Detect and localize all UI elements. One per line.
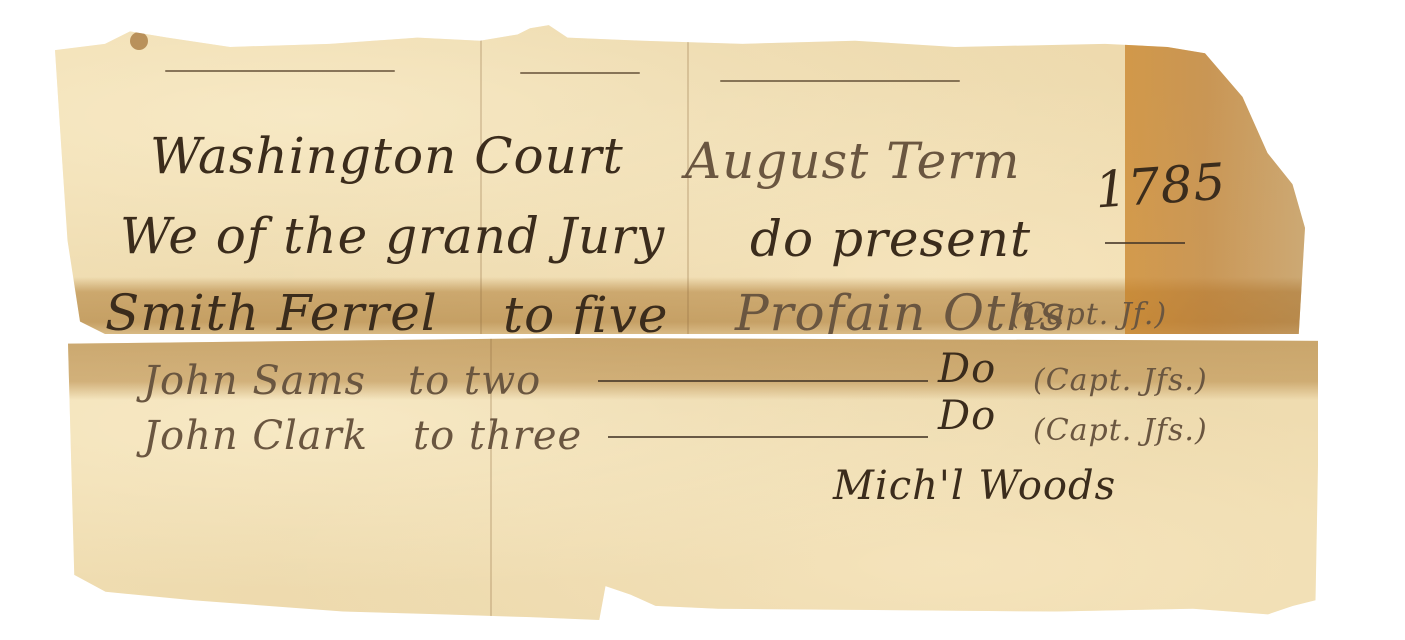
document-top-fragment: Washington Court August Term 1785 We of … xyxy=(55,22,1305,334)
name-john-clark: John Clark xyxy=(143,413,368,459)
document-bottom-fragment: John Sams to two Do (Capt. Jfs.) John Cl… xyxy=(68,338,1318,620)
heading-place: Washington Court xyxy=(150,127,624,185)
ruled-line xyxy=(165,70,395,72)
we-of-grand-jury: We of the grand Jury xyxy=(120,207,665,265)
count-two: to two xyxy=(408,358,541,404)
ditto-3: Do xyxy=(938,393,996,439)
note-capt-2: (Capt. Jfs.) xyxy=(1033,363,1208,398)
ditto-2: Do xyxy=(938,346,996,392)
ruled-line xyxy=(520,72,640,74)
stain-spot xyxy=(130,32,148,50)
note-capt-3: (Capt. Jfs.) xyxy=(1033,413,1208,448)
note-capt-1: (Capt. Jf.) xyxy=(1010,297,1167,332)
count-three: to three xyxy=(413,413,582,459)
dash xyxy=(1105,242,1185,244)
signature: Mich'l Woods xyxy=(833,463,1116,509)
name-john-sams: John Sams xyxy=(143,358,366,404)
heading-year: 1785 xyxy=(1093,152,1228,219)
count-five: to five xyxy=(503,286,668,344)
dash xyxy=(608,436,928,438)
do-present: do present xyxy=(750,210,1031,268)
heading-term: August Term xyxy=(685,132,1021,190)
dash xyxy=(598,380,928,382)
name-smith-ferrel: Smith Ferrel xyxy=(105,284,438,342)
ruled-line xyxy=(720,80,960,82)
